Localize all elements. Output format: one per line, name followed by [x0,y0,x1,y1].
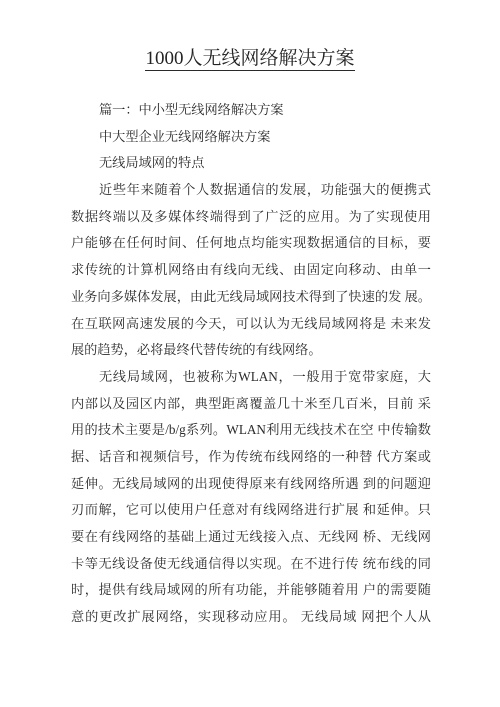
paragraph: 中大型企业无线网络解决方案 [71,124,431,151]
text-line: 无线局域网的特点 [71,150,431,177]
text-line: 内部以及园区内部，典型距离覆盖几十米至几百米，目前 采 [71,391,431,418]
text-line: 要在有线网络的基础上通过无线接入点、无线网 桥、无线网 [71,524,431,551]
paragraph: 无线局域网，也被称为WLAN，一般用于宽带家庭，大 楼内部以及园区内部，典型距离… [71,364,431,631]
text-line: 户能够在任何时间、任何地点均能实现数据通信的目标，要 [71,230,431,257]
text-line: 中大型企业无线网络解决方案 [71,124,431,151]
paragraph: 篇一：中小型无线网络解决方案 [71,97,431,124]
text-line: 近些年来随着个人数据通信的发展，功能强大的便携式 [71,177,431,204]
page-title-text: 1000人无线网络解决方案 [145,48,354,71]
text-line: 意的更改扩展网络，实现移动应用。 无线局域 网把个人从 [71,604,431,631]
document-body: 篇一：中小型无线网络解决方案中大型企业无线网络解决方案无线局域网的特点近些年来随… [71,97,431,631]
text-line: 无线局域网，也被称为WLAN，一般用于宽带家庭，大 楼 [71,364,431,391]
text-line: 据、话音和视频信号，作为传统布线网络的一种替 代方案或 [71,444,431,471]
text-line: 时，提供有线局域网的所有功能，并能够随着用 户的需要随 [71,577,431,604]
text-line: 业务向多媒体发展，由此无线局域网技术得到了快速的发 展。 [71,284,431,311]
text-line: 在互联网高速发展的今天，可以认为无线局域网将是 未来发 [71,311,431,338]
text-line: 求传统的计算机网络由有线向无线、由固定向移动、由单一 [71,257,431,284]
text-line: 刃而解，它可以使用户任意对有线网络进行扩展 和延伸。只 [71,497,431,524]
text-line: 卡等无线设备使无线通信得以实现。在不进行传 统布线的同 [71,551,431,578]
text-line: 用的技术主要是/b/g系列。WLAN利用无线技术在空 中传输数 [71,417,431,444]
text-line: 延伸。无线局域网的出现使得原来有线网络所遇 到的问题迎 [71,471,431,498]
document-page: 1000人无线网络解决方案 篇一：中小型无线网络解决方案中大型企业无线网络解决方… [0,0,500,707]
text-line: 数据终端以及多媒体终端得到了广泛的应用。为了实现使用 [71,204,431,231]
page-title: 1000人无线网络解决方案 [0,45,500,72]
paragraph: 无线局域网的特点 [71,150,431,177]
text-line: 展的趋势，必将最终代替传统的有线网络。 [71,337,431,364]
paragraph: 近些年来随着个人数据通信的发展，功能强大的便携式数据终端以及多媒体终端得到了广泛… [71,177,431,364]
text-line: 篇一：中小型无线网络解决方案 [71,97,431,124]
